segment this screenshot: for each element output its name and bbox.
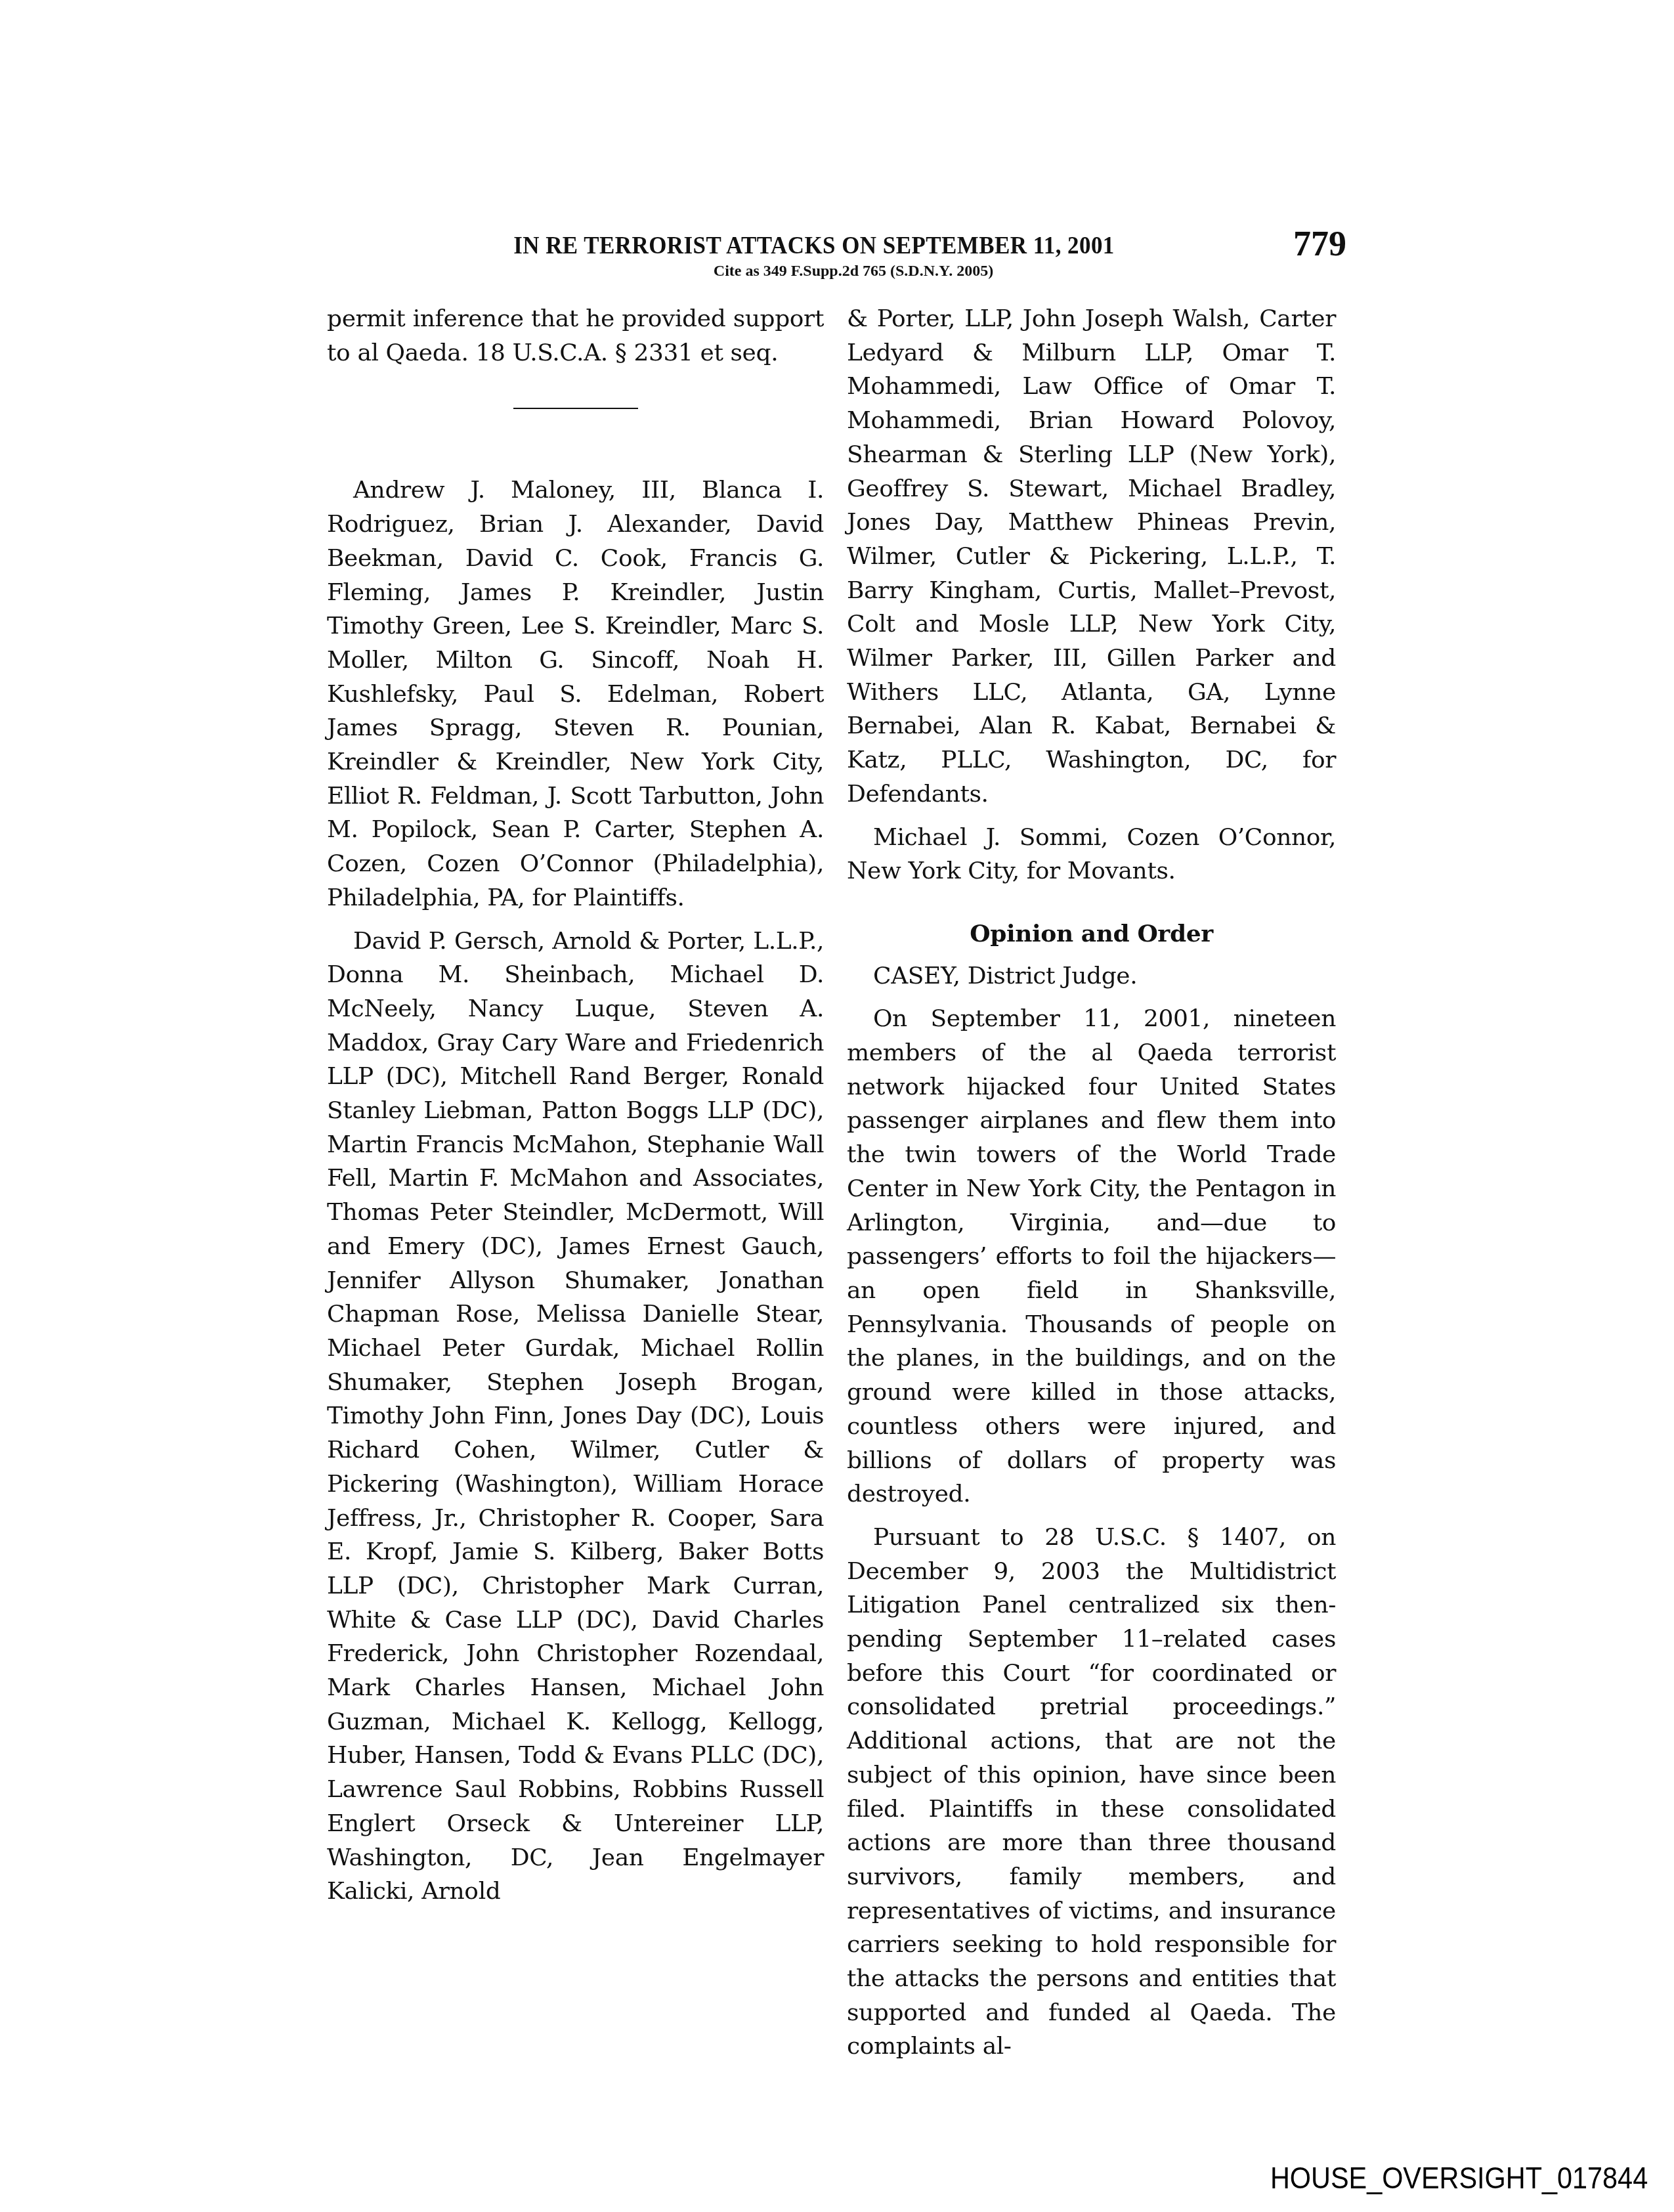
citation-line: Cite as 349 F.Supp.2d 765 (S.D.N.Y. 2005…	[460, 263, 1247, 280]
defendants-counsel-part-1: David P. Gersch, Arnold & Porter, L.L.P.…	[327, 924, 824, 1909]
movants-counsel: Michael J. Sommi, Cozen O’Connor, New Yo…	[847, 821, 1336, 888]
defendants-counsel-part-2: & Porter, LLP, John Joseph Walsh, Carter…	[847, 302, 1336, 812]
left-column: permit inference that he provided suppor…	[327, 302, 824, 1909]
judge-line: CASEY, District Judge.	[847, 959, 1336, 993]
right-column: & Porter, LLP, John Joseph Walsh, Carter…	[847, 302, 1336, 2064]
running-title: IN RE TERRORIST ATTACKS ON SEPTEMBER 11,…	[482, 231, 1146, 260]
plaintiffs-counsel: Andrew J. Maloney, III, Blanca I. Rodrig…	[327, 473, 824, 915]
opinion-paragraph-2: Pursuant to 28 U.S.C. § 1407, on Decembe…	[847, 1521, 1336, 2064]
section-divider	[513, 408, 638, 409]
page-header: IN RE TERRORIST ATTACKS ON SEPTEMBER 11,…	[460, 223, 1379, 289]
headnote-tail: permit inference that he provided suppor…	[327, 302, 824, 370]
bates-number: HOUSE_OVERSIGHT_017844	[1270, 2160, 1648, 2196]
page-number: 779	[1293, 223, 1346, 264]
opinion-heading: Opinion and Order	[847, 917, 1336, 951]
opinion-paragraph-1: On September 11, 2001, nineteen members …	[847, 1002, 1336, 1511]
